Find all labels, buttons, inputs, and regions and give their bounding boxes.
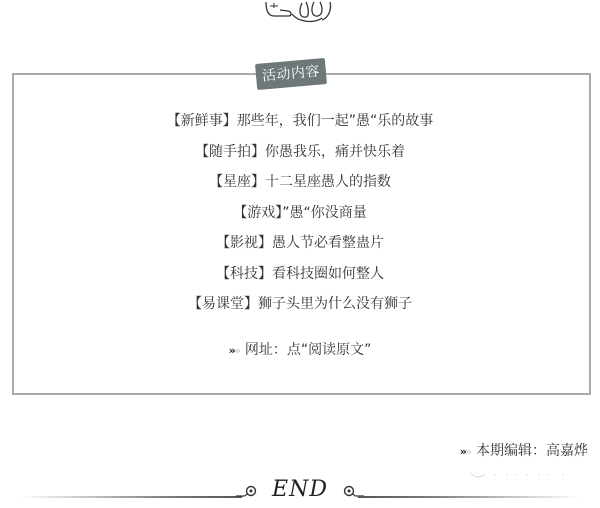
item-tag: 【新鲜事】	[167, 113, 237, 129]
divider-line-left	[20, 496, 242, 498]
link-text: 网址：点“阅读原文”	[245, 342, 372, 358]
swirl-ornament-icon	[236, 484, 258, 498]
double-arrow-icon: »»	[229, 344, 245, 357]
list-item[interactable]: 【新鲜事】那些年，我们一起”愚“乐的故事	[0, 111, 600, 142]
editor-credit: »»本期编辑：高嘉烨	[460, 441, 588, 462]
item-text: 看科技圈如何整人	[272, 266, 384, 282]
item-tag: 【游戏】	[233, 205, 282, 221]
item-tag: 【科技】	[216, 266, 272, 282]
list-item[interactable]: 【随手拍】你愚我乐，痛并快乐着	[0, 142, 600, 173]
divider-line-right	[358, 496, 580, 498]
item-text: 你愚我乐，痛并快乐着	[265, 144, 405, 160]
end-divider: END	[0, 475, 600, 508]
list-item[interactable]: 【易课堂】狮子头里为什么没有狮子	[0, 294, 600, 325]
activity-list: 【新鲜事】那些年，我们一起”愚“乐的故事 【随手拍】你愚我乐，痛并快乐着 【星座…	[0, 111, 600, 325]
item-tag: 【影视】	[216, 235, 272, 251]
editor-text: 本期编辑：高嘉烨	[476, 443, 588, 459]
end-label: END	[265, 477, 335, 502]
list-item[interactable]: 【科技】看科技圈如何整人	[0, 264, 600, 295]
item-text: 狮子头里为什么没有狮子	[258, 296, 412, 312]
item-text: 十二星座愚人的指数	[265, 174, 391, 190]
list-item[interactable]: 【影视】愚人节必看整蛊片	[0, 233, 600, 264]
item-tag: 【星座】	[209, 174, 265, 190]
item-text: 那些年，我们一起”愚“乐的故事	[237, 113, 434, 129]
item-text: ”愚“你没商量	[282, 205, 367, 221]
list-item[interactable]: 【星座】十二星座愚人的指数	[0, 172, 600, 203]
read-original-link[interactable]: »»网址：点“阅读原文”	[0, 340, 600, 361]
cartoon-hand-doodle-icon	[262, 0, 342, 26]
item-text: 愚人节必看整蛊片	[272, 235, 384, 251]
list-item[interactable]: 【游戏】”愚“你没商量	[0, 203, 600, 234]
item-tag: 【随手拍】	[195, 144, 265, 160]
item-tag: 【易课堂】	[188, 296, 258, 312]
double-arrow-icon: »»	[460, 445, 476, 458]
